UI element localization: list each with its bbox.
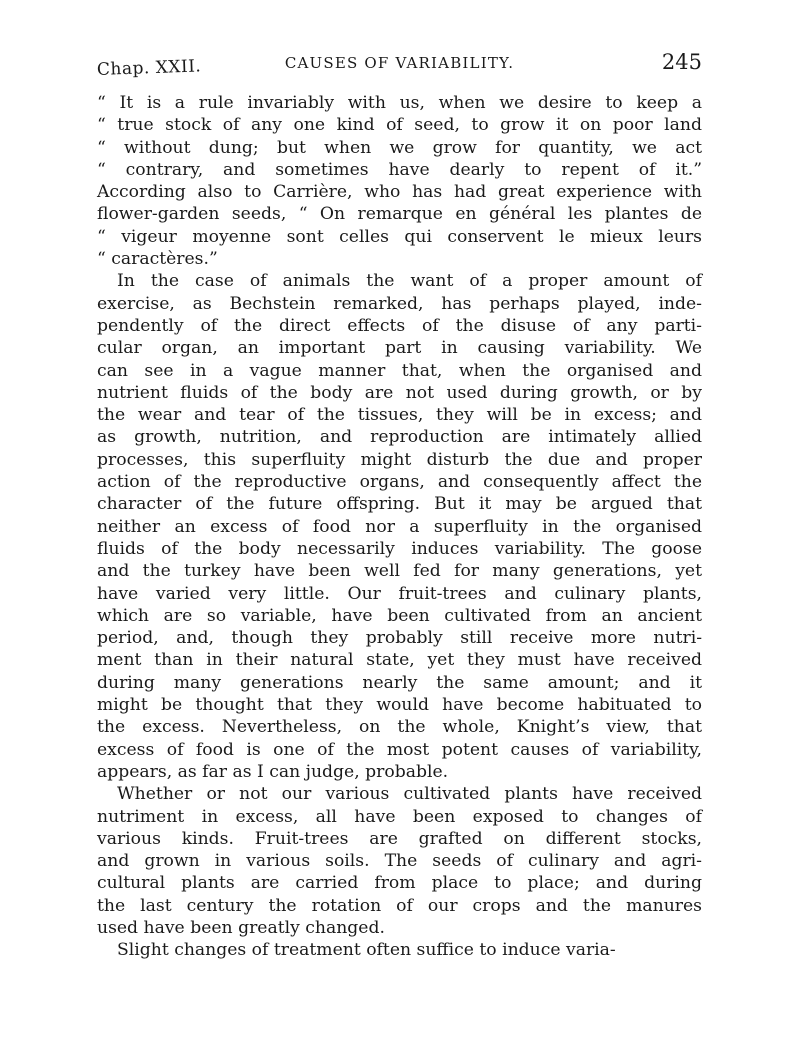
text-line: the last century the rotation of our cro…: [97, 895, 702, 917]
text-line: the excess. Nevertheless, on the whole, …: [97, 716, 702, 738]
text-line: “ vigeur moyenne sont celles qui conserv…: [97, 226, 702, 248]
text-line: “ true stock of any one kind of seed, to…: [97, 114, 702, 136]
paragraph-start: Slight changes of treatment often suffic…: [97, 939, 702, 961]
text-line: pendently of the direct effects of the d…: [97, 315, 702, 337]
text-line: fluids of the body necessarily induces v…: [97, 538, 702, 560]
text-line: and the turkey have been well fed for ma…: [97, 560, 702, 582]
text-line: can see in a vague manner that, when the…: [97, 360, 702, 382]
paragraph-start: Whether or not our various cultivated pl…: [97, 783, 702, 805]
text-line: exercise, as Bechstein remarked, has per…: [97, 293, 702, 315]
text-line: “ It is a rule invariably with us, when …: [97, 92, 702, 114]
text-line: cular organ, an important part in causin…: [97, 337, 702, 359]
text-line: might be thought that they would have be…: [97, 694, 702, 716]
body-text: “ It is a rule invariably with us, when …: [97, 92, 702, 962]
text-line: nutriment in excess, all have been expos…: [97, 806, 702, 828]
text-line: neither an excess of food nor a superflu…: [97, 516, 702, 538]
text-line: and grown in various soils. The seeds of…: [97, 850, 702, 872]
text-line: various kinds. Fruit-trees are grafted o…: [97, 828, 702, 850]
text-line: cultural plants are carried from place t…: [97, 872, 702, 894]
text-line: have varied very little. Our fruit-trees…: [97, 583, 702, 605]
text-line: which are so variable, have been cultiva…: [97, 605, 702, 627]
text-line: excess of food is one of the most potent…: [97, 739, 702, 761]
text-line: as growth, nutrition, and reproduction a…: [97, 426, 702, 448]
text-line: appears, as far as I can judge, probable…: [97, 761, 702, 783]
paragraph-start: In the case of animals the want of a pro…: [97, 270, 702, 292]
running-title: CAUSES OF VARIABILITY.: [97, 54, 702, 72]
book-page: Chap. XXII. CAUSES OF VARIABILITY. 245 “…: [0, 0, 800, 1050]
text-line: ment than in their natural state, yet th…: [97, 649, 702, 671]
text-line: character of the future offspring. But i…: [97, 493, 702, 515]
text-line: According also to Carrière, who has had …: [97, 181, 702, 203]
text-line: used have been greatly changed.: [97, 917, 702, 939]
page-number: 245: [662, 50, 702, 74]
text-line: “ without dung; but when we grow for qua…: [97, 137, 702, 159]
text-line: flower-garden seeds, “ On remarque en gé…: [97, 203, 702, 225]
text-line: the wear and tear of the tissues, they w…: [97, 404, 702, 426]
text-line: “ caractères.”: [97, 248, 702, 270]
page-header: Chap. XXII. CAUSES OF VARIABILITY. 245: [97, 52, 702, 82]
text-line: nutrient fluids of the body are not used…: [97, 382, 702, 404]
text-line: during many generations nearly the same …: [97, 672, 702, 694]
text-line: processes, this superfluity might distur…: [97, 449, 702, 471]
text-line: “ contrary, and sometimes have dearly to…: [97, 159, 702, 181]
text-line: action of the reproductive organs, and c…: [97, 471, 702, 493]
text-line: period, and, though they probably still …: [97, 627, 702, 649]
